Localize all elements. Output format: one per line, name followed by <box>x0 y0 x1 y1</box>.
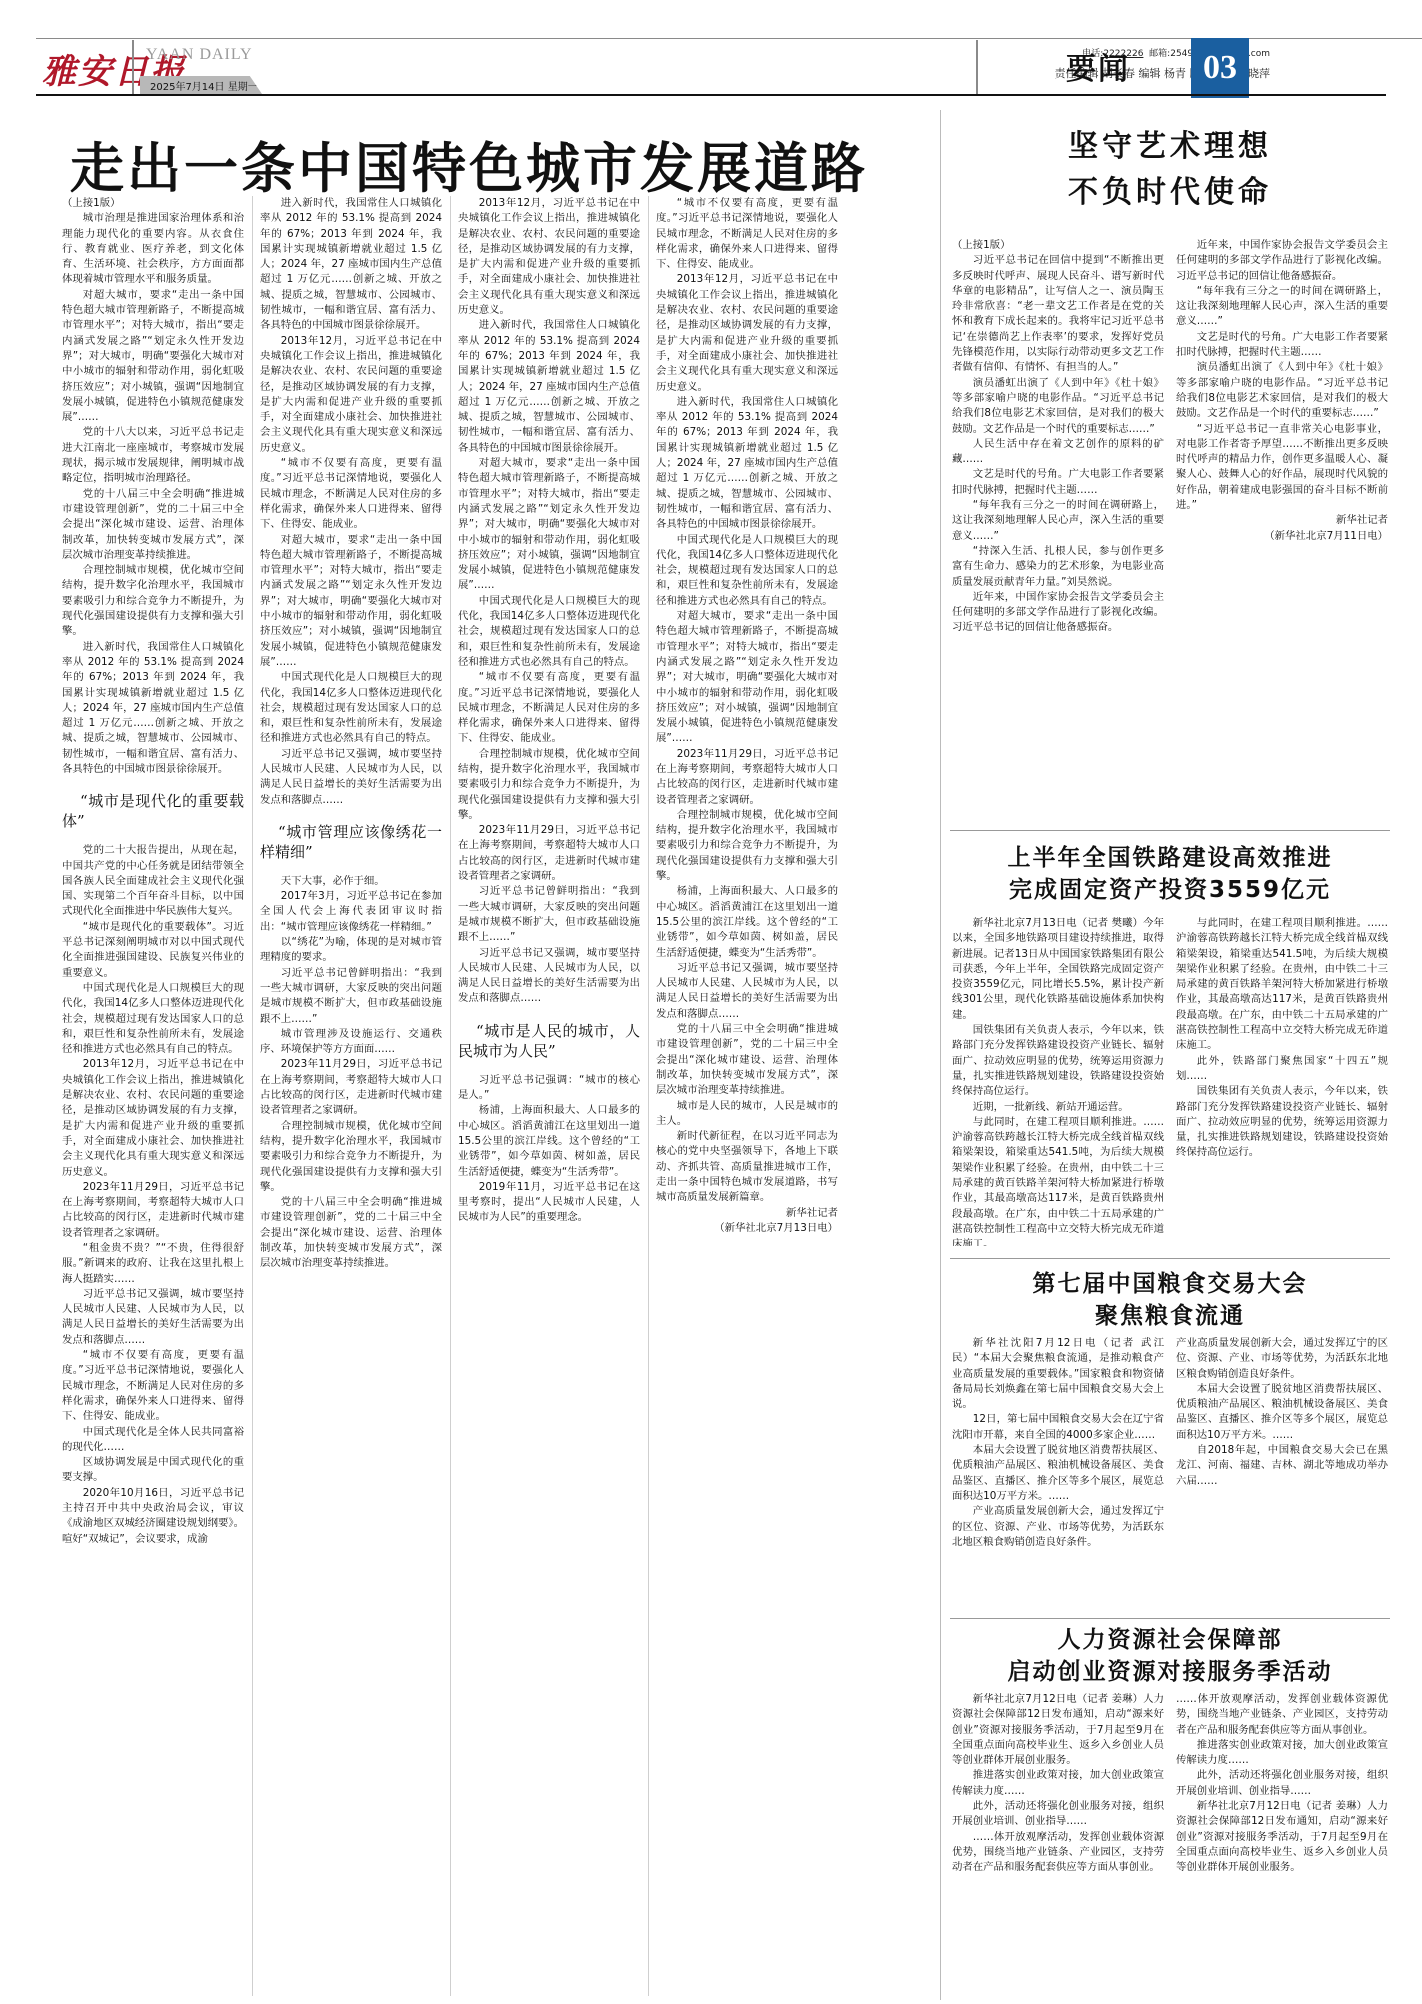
paragraph: “城市不仅要有高度，更要有温度。”习近平总书记深情地说，要强化人民城市理念，不断… <box>260 456 442 532</box>
paragraph: 与此同时，在建工程项目顺利推进。……沪渝蓉高铁跨越长江特大桥完成全线首榀双线箱梁… <box>952 1115 1164 1246</box>
rail-article-headline: 上半年全国铁路建设高效推进 完成固定资产投资3559亿元 <box>950 842 1390 906</box>
paragraph: 中国式现代化是人口规模巨大的现代化，我国14亿多人口整体迈进现代化社会，规模超过… <box>260 670 442 746</box>
section-name: 要闻 <box>1066 44 1130 88</box>
subhead: “城市是人民的城市，人民城市为人民” <box>458 1021 640 1061</box>
paragraph: 中国式现代化是人口规模巨大的现代化，我国14亿多人口整体迈进现代化社会，规模超过… <box>62 981 244 1057</box>
masthead: 雅安日报 YAAN DAILY 2025年7月14日 星期一 电话:222222… <box>36 38 1422 96</box>
paragraph: 2013年12月，习近平总书记在中央城镇化工作会议上指出，推进城镇化是解决农业、… <box>62 1057 244 1179</box>
paragraph: 习近平总书记又强调，城市要坚持人民城市人民建、人民城市为人民，以满足人民日益增长… <box>656 961 838 1022</box>
paragraph: 习近平总书记强调：“城市的核心是人。” <box>458 1073 640 1104</box>
rail-article-column-1: 新华社北京7月13日电（记者 樊曦）今年以来，全国多地铁路项目建设持续推进，取得… <box>952 916 1164 1246</box>
section-divider <box>976 40 978 94</box>
paragraph: 2023年11月29日，习近平总书记在上海考察期间，考察超特大城市人口占比较高的… <box>260 1057 442 1118</box>
author-credit: 新华社记者 <box>1176 513 1388 528</box>
rail-article-column-2: 与此同时，在建工程项目顺利推进。……沪渝蓉高铁跨越长江特大桥完成全线首榀双线箱梁… <box>1176 916 1388 1246</box>
paragraph: 中国式现代化是人口规模巨大的现代化，我国14亿多人口整体迈进现代化社会，规模超过… <box>458 594 640 670</box>
paragraph: ……体开放观摩活动，发挥创业载体资源优势，围绕当地产业链条、产业园区，支持劳动者… <box>952 1830 1164 1876</box>
column-separator <box>252 196 253 1996</box>
paragraph: “每年我有三分之一的时间在调研路上，这让我深刻地理解人民心声，深入生活的重要意义… <box>1176 284 1388 330</box>
paragraph: 杨浦，上海面积最大、人口最多的中心城区。滔滔黄浦江在这里划出一道15.5公里的滨… <box>458 1103 640 1179</box>
paragraph: “租金贵不贵？”“不贵，住得很舒服。”新调来的政府、让我在这里扎根上海人挺踏实…… <box>62 1241 244 1287</box>
headline-line: 第七届中国粮食交易大会 <box>950 1268 1390 1300</box>
paragraph: 对超大城市，要求“走出一条中国特色超大城市管理新路子，不断提高城市管理水平”；对… <box>656 609 838 747</box>
paragraph: 推进落实创业政策对接，加大创业政策宣传解读力度…… <box>1176 1738 1388 1769</box>
paragraph: 中国式现代化是全体人民共同富裕的现代化…… <box>62 1425 244 1456</box>
art-article-column-1: （上接1版） 习近平总书记在回信中提到“不断推出更多反映时代呼声、展现人民奋斗、… <box>952 238 1164 813</box>
date-tab: 2025年7月14日 星期一 <box>140 76 262 94</box>
paragraph: 对超大城市，要求“走出一条中国特色超大城市管理新路子，不断提高城市管理水平”；对… <box>458 456 640 594</box>
headline-line: 完成固定资产投资3559亿元 <box>950 874 1390 906</box>
paragraph: 2023年11月29日，习近平总书记在上海考察期间，考察超特大城市人口占比较高的… <box>656 747 838 808</box>
subhead: “城市管理应该像绣花一样精细” <box>260 822 442 862</box>
paragraph: 国铁集团有关负责人表示，今年以来，铁路部门充分发挥铁路建设投资产业链长、辐射面广… <box>952 1023 1164 1099</box>
paragraph: 对超大城市，要求“走出一条中国特色超大城市管理新路子，不断提高城市管理水平”；对… <box>62 288 244 426</box>
paragraph: 演员潘虹出演了《人到中年》《杜十娘》等多部家喻户晓的电影作品。“习近平总书记给我… <box>952 376 1164 437</box>
grain-article-column-1: 新华社沈阳7月12日电（记者 武江民）“本届大会聚焦粮食流通，是推动粮食产业高质… <box>952 1336 1164 1606</box>
paragraph: 党的十八届三中全会明确“推进城市建设管理创新”，党的二十届三中全会提出“深化城市… <box>260 1195 442 1271</box>
headline-line: 聚焦粮食流通 <box>950 1300 1390 1332</box>
masthead-bottom-rule <box>36 94 1386 96</box>
paragraph: 产业高质量发展创新大会，通过发挥辽宁的区位、资源、产业、市场等优势，为活跃东北地… <box>1176 1336 1388 1382</box>
hr-article-column-2: ……体开放观摩活动，发挥创业载体资源优势，围绕当地产业链条、产业园区，支持劳动者… <box>1176 1692 1388 1992</box>
paragraph: 进入新时代，我国常住人口城镇化率从 2012 年的 53.1% 提高到 2024… <box>458 318 640 456</box>
paragraph: 2013年12月，习近平总书记在中央城镇化工作会议上指出，推进城镇化是解决农业、… <box>260 334 442 456</box>
main-article-column-4: “城市不仅要有高度，更要有温度。”习近平总书记深情地说，要强化人民城市理念，不断… <box>656 196 838 1996</box>
continued-note: （上接1版） <box>62 196 244 211</box>
grain-article-headline: 第七届中国粮食交易大会 聚焦粮食流通 <box>950 1268 1390 1332</box>
paragraph: 2017年3月，习近平总书记在参加全国人代会上海代表团审议时指出：“城市管理应该… <box>260 889 442 935</box>
paragraph: 新华社沈阳7月12日电（记者 武江民）“本届大会聚焦粮食流通，是推动粮食产业高质… <box>952 1336 1164 1412</box>
hr-article-column-1: 新华社北京7月12日电（记者 姜琳）人力资源社会保障部12日发布通知，启动“源来… <box>952 1692 1164 1992</box>
paragraph: 此外，铁路部门聚焦国家“十四五”规划…… <box>1176 1054 1388 1085</box>
hr-article-headline: 人力资源社会保障部 启动创业资源对接服务季活动 <box>950 1624 1390 1688</box>
headline-line: 上半年全国铁路建设高效推进 <box>950 842 1390 874</box>
headline-line: 启动创业资源对接服务季活动 <box>950 1656 1390 1688</box>
column-separator <box>648 196 649 1996</box>
paragraph: 新华社北京7月12日电（记者 姜琳）人力资源社会保障部12日发布通知，启动“源来… <box>1176 1799 1388 1875</box>
article-divider <box>950 1258 1390 1259</box>
subhead: “城市是现代化的重要载体” <box>62 791 244 831</box>
paragraph: 近年来，中国作家协会报告文学委员会主任何建明的多部文学作品进行了影视化改编。习近… <box>952 590 1164 636</box>
dateline: （新华社北京7月13日电） <box>656 1221 838 1236</box>
paragraph: 新华社北京7月12日电（记者 姜琳）人力资源社会保障部12日发布通知，启动“源来… <box>952 1692 1164 1768</box>
paragraph: 推进落实创业政策对接，加大创业政策宣传解读力度…… <box>952 1768 1164 1799</box>
paragraph: “持深入生活、扎根人民，参与创作更多富有生命力、感染力的艺术形象，为电影业高质量… <box>952 544 1164 590</box>
paragraph: 习近平总书记又强调，城市要坚持人民城市人民建、人民城市为人民，以满足人民日益增长… <box>62 1287 244 1348</box>
paragraph: 国铁集团有关负责人表示，今年以来，铁路部门充分发挥铁路建设投资产业链长、辐射面广… <box>1176 1084 1388 1160</box>
email-label: 邮箱: <box>1149 49 1170 59</box>
headline-line: 坚守艺术理想 <box>1000 124 1340 170</box>
paragraph: 2013年12月，习近平总书记在中央城镇化工作会议上指出，推进城镇化是解决农业、… <box>656 272 838 394</box>
paragraph: 党的二十大报告提出，从现在起，中国共产党的中心任务就是团结带领全国各族人民全面建… <box>62 843 244 919</box>
paragraph: 习近平总书记又强调，城市要坚持人民城市人民建、人民城市为人民，以满足人民日益增长… <box>458 946 640 1007</box>
paragraph: 进入新时代，我国常住人口城镇化率从 2012 年的 53.1% 提高到 2024… <box>62 640 244 778</box>
author-credit: 新华社记者 <box>656 1206 838 1221</box>
paragraph: 以“绣花”为喻，体现的是对城市管理精度的要求。 <box>260 935 442 966</box>
logo-divider <box>132 40 134 94</box>
paragraph: 文艺是时代的号角。广大电影工作者要紧扣时代脉搏，把握时代主题…… <box>1176 330 1388 361</box>
paragraph: 习近平总书记在回信中提到“不断推出更多反映时代呼声、展现人民奋斗、谱写新时代华章… <box>952 253 1164 375</box>
main-headline: 走出一条中国特色城市发展道路 <box>70 126 930 203</box>
paragraph: “城市不仅要有高度，更要有温度。”习近平总书记深情地说，要强化人民城市理念，不断… <box>458 670 640 746</box>
paragraph: 此外，活动还将强化创业服务对接，组织开展创业培训、创业指导…… <box>952 1799 1164 1830</box>
paragraph: “城市是现代化的重要载体”。习近平总书记深刻阐明城市对以中国式现代化全面推进强国… <box>62 920 244 981</box>
english-name: YAAN DAILY <box>146 46 253 64</box>
paragraph: 文艺是时代的号角。广大电影工作者要紧扣时代脉搏，把握时代主题…… <box>952 467 1164 498</box>
paragraph: 党的十八届三中全会明确“推进城市建设管理创新”，党的二十届三中全会提出“深化城市… <box>62 487 244 563</box>
page-number-badge: 03 <box>1191 38 1249 98</box>
paragraph: 党的十八届三中全会明确“推进城市建设管理创新”，党的二十届三中全会提出“深化城市… <box>656 1022 838 1098</box>
paragraph: 人民生活中存在着文艺创作的原料的矿藏…… <box>952 437 1164 468</box>
paragraph: 此外，活动还将强化创业服务对接，组织开展创业培训、创业指导…… <box>1176 1768 1388 1799</box>
paragraph: “城市不仅要有高度，更要有温度。”习近平总书记深情地说，要强化人民城市理念，不断… <box>656 196 838 272</box>
paragraph: ……体开放观摩活动，发挥创业载体资源优势，围绕当地产业链条、产业园区，支持劳动者… <box>1176 1692 1388 1738</box>
paragraph: 新时代新征程，在以习近平同志为核心的党中央坚强领导下，各地上下联动、齐抓共管、高… <box>656 1129 838 1205</box>
paragraph: 本届大会设置了脱贫地区消费帮扶展区、优质粮油产品展区、粮油机械设备展区、美食品鉴… <box>1176 1382 1388 1443</box>
art-article-column-2: 近年来，中国作家协会报告文学委员会主任何建明的多部文学作品进行了影视化改编。习近… <box>1176 238 1388 813</box>
paragraph: “城市不仅要有高度，更要有温度。”习近平总书记深情地说，要强化人民城市理念，不断… <box>62 1348 244 1424</box>
grain-article-column-2: 产业高质量发展创新大会，通过发挥辽宁的区位、资源、产业、市场等优势，为活跃东北地… <box>1176 1336 1388 1606</box>
paragraph: 杨浦，上海面积最大、人口最多的中心城区。滔滔黄浦江在这里划出一道15.5公里的滨… <box>656 884 838 960</box>
paragraph: “习近平总书记一直非常关心电影事业，对电影工作者寄予厚望……不断推出更多反映时代… <box>1176 422 1388 514</box>
paragraph: 产业高质量发展创新大会，通过发挥辽宁的区位、资源、产业、市场等优势，为活跃东北地… <box>952 1504 1164 1550</box>
paragraph: 进入新时代，我国常住人口城镇化率从 2012 年的 53.1% 提高到 2024… <box>656 395 838 533</box>
paragraph: 对超大城市，要求“走出一条中国特色超大城市管理新路子，不断提高城市管理水平”；对… <box>260 533 442 671</box>
continued-note: （上接1版） <box>952 238 1164 253</box>
paragraph: 近期，一批新线、新站开通运营。 <box>952 1100 1164 1115</box>
paragraph: 城市治理是推进国家治理体系和治理能力现代化的重要内容。从衣食住行、教育就业、医疗… <box>62 211 244 287</box>
paragraph: 与此同时，在建工程项目顺利推进。……沪渝蓉高铁跨越长江特大桥完成全线首榀双线箱梁… <box>1176 916 1388 1054</box>
paragraph: “每年我有三分之一的时间在调研路上，这让我深刻地理解人民心声，深入生活的重要意义… <box>952 498 1164 544</box>
paragraph: 区域协调发展是中国式现代化的重要支撑。 <box>62 1455 244 1486</box>
paragraph: 习近平总书记曾鲜明指出：“我到一些大城市调研，大家反映的突出问题是城市规模不断扩… <box>458 884 640 945</box>
main-article-column-3: 2013年12月，习近平总书记在中央城镇化工作会议上指出，推进城镇化是解决农业、… <box>458 196 640 1996</box>
article-divider <box>950 1618 1390 1619</box>
column-separator <box>450 196 451 1996</box>
paragraph: 习近平总书记曾鲜明指出：“我到一些大城市调研，大家反映的突出问题是城市规模不断扩… <box>260 966 442 1027</box>
paragraph: 合理控制城市规模，优化城市空间结构，提升数字化治理水平，我国城市要素吸引力和综合… <box>656 808 838 884</box>
paragraph: 中国式现代化是人口规模巨大的现代化，我国14亿多人口整体迈进现代化社会，规模超过… <box>656 533 838 609</box>
dateline: （新华社北京7月11日电） <box>1176 529 1388 544</box>
paragraph: 2023年11月29日，习近平总书记在上海考察期间，考察超特大城市人口占比较高的… <box>62 1180 244 1241</box>
paragraph: 合理控制城市规模，优化城市空间结构，提升数字化治理水平，我国城市要素吸引力和综合… <box>62 563 244 639</box>
paragraph: 12日，第七届中国粮食交易大会在辽宁省沈阳市开幕，来自全国的4000多家企业…… <box>952 1412 1164 1443</box>
paragraph: 城市是人民的城市，人民是城市的主人。 <box>656 1099 838 1130</box>
paragraph: 新华社北京7月13日电（记者 樊曦）今年以来，全国多地铁路项目建设持续推进，取得… <box>952 916 1164 1023</box>
paragraph: 习近平总书记又强调，城市要坚持人民城市人民建、人民城市为人民，以满足人民日益增长… <box>260 747 442 808</box>
headline-line: 不负时代使命 <box>1000 170 1340 216</box>
paragraph: 演员潘虹出演了《人到中年》《杜十娘》等多部家喻户晓的电影作品。“习近平总书记给我… <box>1176 360 1388 421</box>
paragraph: 自2018年起，中国粮食交易大会已在黑龙江、河南、福建、吉林、湖北等地成功举办六… <box>1176 1443 1388 1489</box>
paragraph: 2019年11月，习近平总书记在这里考察时，提出“人民城市人民建，人民城市为人民… <box>458 1180 640 1226</box>
paragraph: 本届大会设置了脱贫地区消费帮扶展区、优质粮油产品展区、粮油机械设备展区、美食品鉴… <box>952 1443 1164 1504</box>
main-article-column-1: （上接1版） 城市治理是推进国家治理体系和治理能力现代化的重要内容。从衣食住行、… <box>62 196 244 1996</box>
article-divider <box>950 830 1390 831</box>
paragraph: 2013年12月，习近平总书记在中央城镇化工作会议上指出，推进城镇化是解决农业、… <box>458 196 640 318</box>
paragraph: 党的十八大以来，习近平总书记走进大江南北一座座城市，考察城市发展现状，揭示城市发… <box>62 425 244 486</box>
headline-line: 人力资源社会保障部 <box>950 1624 1390 1656</box>
paragraph: 近年来，中国作家协会报告文学委员会主任何建明的多部文学作品进行了影视化改编。习近… <box>1176 238 1388 284</box>
paragraph: 合理控制城市规模，优化城市空间结构，提升数字化治理水平，我国城市要素吸引力和综合… <box>260 1119 442 1195</box>
paragraph: 进入新时代，我国常住人口城镇化率从 2012 年的 53.1% 提高到 2024… <box>260 196 442 334</box>
page-divider <box>940 110 941 2000</box>
paragraph: 天下大事，必作于细。 <box>260 874 442 889</box>
paragraph: 城市管理涉及设施运行、交通秩序、环境保护等方方面面…… <box>260 1027 442 1058</box>
paragraph: 2020年10月16日，习近平总书记主持召开中共中央政治局会议，审议《成渝地区双… <box>62 1486 244 1547</box>
art-article-headline: 坚守艺术理想 不负时代使命 <box>1000 124 1340 216</box>
paragraph: 2023年11月29日，习近平总书记在上海考察期间，考察超特大城市人口占比较高的… <box>458 823 640 884</box>
paragraph: 合理控制城市规模，优化城市空间结构，提升数字化治理水平，我国城市要素吸引力和综合… <box>458 747 640 823</box>
main-article-column-2: 进入新时代，我国常住人口城镇化率从 2012 年的 53.1% 提高到 2024… <box>260 196 442 1996</box>
issue-date: 2025年7月14日 星期一 <box>150 78 258 93</box>
